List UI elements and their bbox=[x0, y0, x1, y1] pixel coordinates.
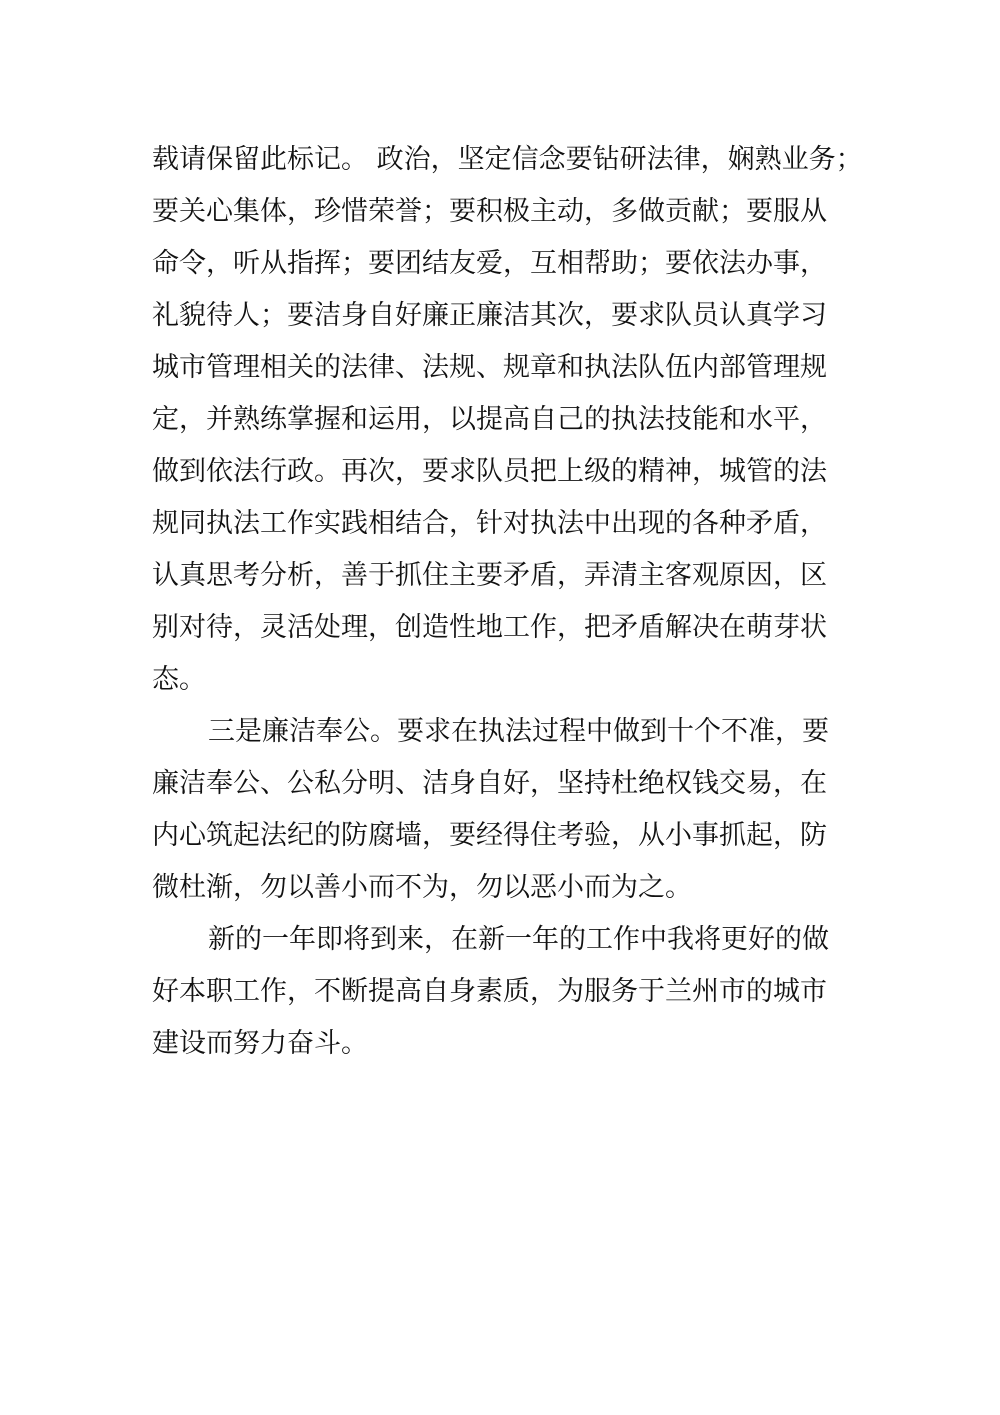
paragraph-3: 新的一年即将到来，在新一年的工作中我将更好的做 好本职工作，不断提高自身素质，为… bbox=[152, 914, 872, 1070]
text-line: 三是廉洁奉公。要求在执法过程中做到十个不准，要 bbox=[152, 706, 872, 758]
text-line: 城市管理相关的法律、法规、规章和执法队伍内部管理规 bbox=[152, 342, 872, 394]
text-line: 规同执法工作实践相结合，针对执法中出现的各种矛盾， bbox=[152, 498, 872, 550]
paragraph-2: 三是廉洁奉公。要求在执法过程中做到十个不准，要 廉洁奉公、公私分明、洁身自好，坚… bbox=[152, 706, 872, 914]
text-line: 载请保留此标记。 政治，坚定信念要钻研法律，娴熟业务； bbox=[152, 134, 872, 186]
document-body: 载请保留此标记。 政治，坚定信念要钻研法律，娴熟业务； 要关心集体，珍惜荣誉；要… bbox=[152, 134, 872, 1070]
text-line: 好本职工作，不断提高自身素质，为服务于兰州市的城市 bbox=[152, 966, 872, 1018]
text-line: 命令，听从指挥；要团结友爱，互相帮助；要依法办事， bbox=[152, 238, 872, 290]
text-line: 建设而努力奋斗。 bbox=[152, 1018, 872, 1070]
text-line: 礼貌待人；要洁身自好廉正廉洁其次，要求队员认真学习 bbox=[152, 290, 872, 342]
text-line: 内心筑起法纪的防腐墙，要经得住考验，从小事抓起，防 bbox=[152, 810, 872, 862]
text-line: 微杜渐，勿以善小而不为，勿以恶小而为之。 bbox=[152, 862, 872, 914]
text-line: 认真思考分析，善于抓住主要矛盾，弄清主客观原因，区 bbox=[152, 550, 872, 602]
document-page: 载请保留此标记。 政治，坚定信念要钻研法律，娴熟业务； 要关心集体，珍惜荣誉；要… bbox=[0, 0, 1000, 1415]
text-line: 定，并熟练掌握和运用，以提高自己的执法技能和水平， bbox=[152, 394, 872, 446]
text-line: 新的一年即将到来，在新一年的工作中我将更好的做 bbox=[152, 914, 872, 966]
paragraph-1: 载请保留此标记。 政治，坚定信念要钻研法律，娴熟业务； 要关心集体，珍惜荣誉；要… bbox=[152, 134, 872, 706]
text-line: 态。 bbox=[152, 654, 872, 706]
text-line: 做到依法行政。再次，要求队员把上级的精神，城管的法 bbox=[152, 446, 872, 498]
text-line: 廉洁奉公、公私分明、洁身自好，坚持杜绝权钱交易，在 bbox=[152, 758, 872, 810]
text-line: 别对待，灵活处理，创造性地工作，把矛盾解决在萌芽状 bbox=[152, 602, 872, 654]
text-line: 要关心集体，珍惜荣誉；要积极主动，多做贡献；要服从 bbox=[152, 186, 872, 238]
